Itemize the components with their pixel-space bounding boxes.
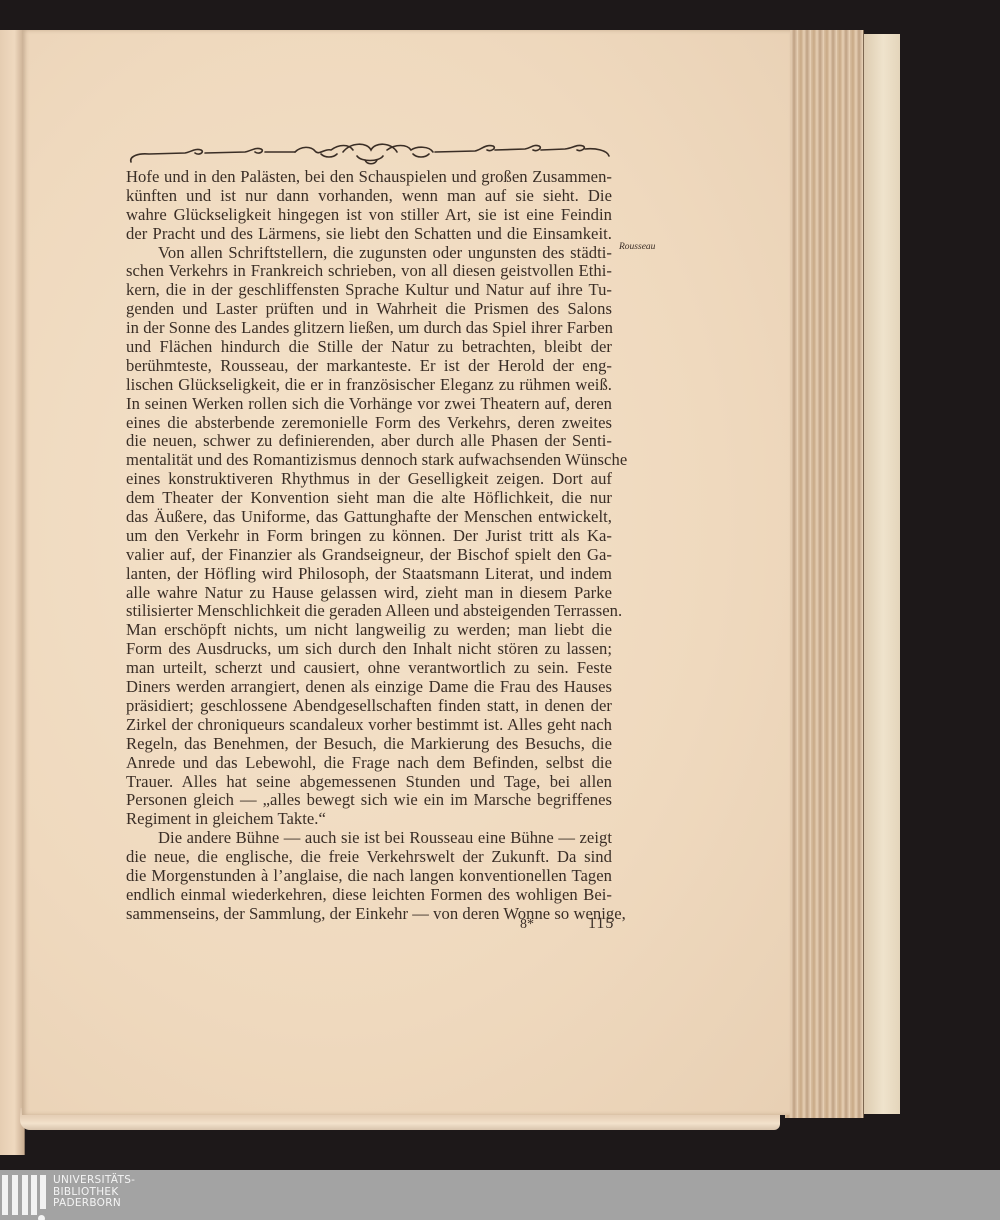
text-line: eines die absterbende zeremonielle Form … [126, 414, 612, 433]
scanned-book-spread: Rousseau Hofe und in den Palästen, bei d… [0, 0, 1000, 1170]
text-line: lanten, der Höfling wird Philosoph, der … [126, 565, 612, 584]
text-line: wahre Glückseligkeit hingegen ist von st… [126, 206, 612, 225]
text-line: Diners werden arrangiert, denen als einz… [126, 678, 612, 697]
library-name-line3: PADERBORN [53, 1198, 135, 1210]
book-back-cover [858, 34, 900, 1114]
text-line: Hofe und in den Palästen, bei den Schaus… [126, 168, 612, 187]
text-line: lischen Glückseligkeit, die er in franzö… [126, 376, 612, 395]
text-line: stilisierter Menschlichkeit die geraden … [126, 602, 612, 621]
library-name: UNIVERSITÄTS- BIBLIOTHEK PADERBORN [53, 1175, 135, 1210]
body-text: Hofe und in den Palästen, bei den Schaus… [126, 168, 612, 924]
text-line: Form des Ausdrucks, um sich durch den In… [126, 640, 612, 659]
text-line: mentalität und des Romantizismus dennoch… [126, 451, 612, 470]
text-line: man urteilt, scherzt und causiert, ohne … [126, 659, 612, 678]
text-line: Von allen Schriftstellern, die zugunsten… [126, 244, 612, 263]
text-line: Anrede und das Lebewohl, die Frage nach … [126, 754, 612, 773]
text-line: In seinen Werken rollen sich die Vorhäng… [126, 395, 612, 414]
library-name-line1: UNIVERSITÄTS- [53, 1175, 135, 1187]
text-line: die Morgenstunden à l’anglaise, die nach… [126, 867, 612, 886]
text-line: genden und Laster prüften und in Wahrhei… [126, 300, 612, 319]
text-line: Regiment in gleichem Takte.“ [126, 810, 612, 829]
signature-mark: 8* [520, 917, 534, 933]
page-stack-edges [785, 30, 864, 1118]
text-line: Die andere Bühne — auch sie ist bei Rous… [126, 829, 612, 848]
text-line: der Pracht und des Lärmens, sie liebt de… [126, 225, 612, 244]
library-footer: UNIVERSITÄTS- BIBLIOTHEK PADERBORN [0, 1170, 1000, 1220]
text-line: die neue, die englische, die freie Verke… [126, 848, 612, 867]
text-line: dem Theater der Konvention sieht man die… [126, 489, 612, 508]
text-line: eines konstruktiveren Rhythmus in der Ge… [126, 470, 612, 489]
text-line: Zirkel der chroniqueurs scandaleux vorhe… [126, 716, 612, 735]
text-line: Regeln, das Benehmen, der Besuch, die Ma… [126, 735, 612, 754]
text-line: Man erschöpft nichts, um nicht langweili… [126, 621, 612, 640]
text-line: kern, die in der geschliffensten Sprache… [126, 281, 612, 300]
text-line: um den Verkehr in Form bringen zu können… [126, 527, 612, 546]
text-line: sammenseins, der Sammlung, der Einkehr —… [126, 905, 612, 924]
text-line: das Äußere, das Uniforme, das Gattunghaf… [126, 508, 612, 527]
text-line: alle wahre Natur zu Hause gelassen wird,… [126, 584, 612, 603]
text-line: in der Sonne des Landes glitzern ließen,… [126, 319, 612, 338]
margin-note: Rousseau [619, 242, 655, 252]
page-number: 115 [588, 915, 614, 933]
text-line: berühmteste, Rousseau, der markanteste. … [126, 357, 612, 376]
text-line: valier auf, der Finanzier als Grandseign… [126, 546, 612, 565]
text-line: künften und ist nur dann vorhanden, wenn… [126, 187, 612, 206]
text-line: und Flächen hindurch die Stille der Natu… [126, 338, 612, 357]
text-line: schen Verkehrs in Frankreich schrieben, … [126, 262, 612, 281]
text-line: Personen gleich — „alles bewegt sich wie… [126, 791, 612, 810]
text-line: endlich einmal wiederkehren, diese leich… [126, 886, 612, 905]
text-line: Trauer. Alles hat seine abgemessenen Stu… [126, 773, 612, 792]
ornamental-headpiece-icon [125, 140, 615, 168]
text-line: präsidiert; geschlossene Abendgesellscha… [126, 697, 612, 716]
text-line: die neuen, schwer zu definierenden, aber… [126, 432, 612, 451]
